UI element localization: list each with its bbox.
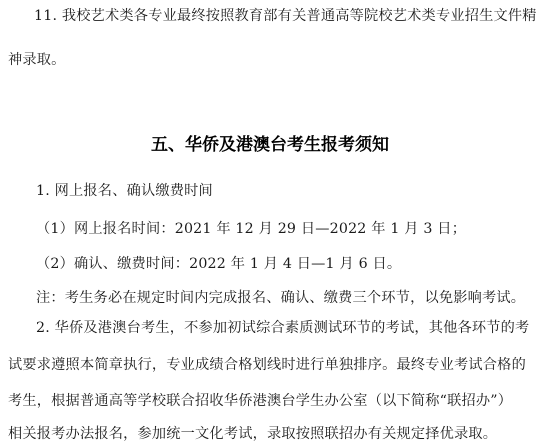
sub1-item-2: （2）确认、缴费时间：2022 年 1 月 4 日—1 月 6 日。 — [36, 254, 401, 274]
sub1-title: 1. 网上报名、确认缴费时间 — [36, 181, 213, 201]
sub1-item-1: （1）网上报名时间：2021 年 12 月 29 日—2022 年 1 月 3 … — [36, 219, 466, 239]
sub2-line-4: 相关报考办法报名，参加统一文化考试，录取按照联招办有关规定择优录取。 — [8, 424, 497, 444]
sub2-line-2: 试要求遵照本简章执行，专业成绩合格划线时进行单独排序。最终专业考试合格的 — [8, 355, 526, 375]
item-11-line-1: 11. 我校艺术类各专业最终按照教育部有关普通高等院校艺术类专业招生文件精 — [34, 6, 537, 26]
section-5-heading: 五、华侨及港澳台考生报考须知 — [0, 133, 540, 157]
sub2-line-1: 2. 华侨及港澳台考生，不参加初试综合素质测试环节的考试，其他各环节的考 — [36, 318, 529, 338]
sub2-line-3: 考生，根据普通高等学校联合招收华侨港澳台学生办公室（以下简称“联招办”） — [8, 391, 512, 411]
sub1-note: 注：考生务必在规定时间内完成报名、确认、缴费三个环节，以免影响考试。 — [36, 288, 525, 308]
item-11-line-2: 神录取。 — [8, 50, 66, 70]
watermark-fade — [480, 430, 540, 446]
